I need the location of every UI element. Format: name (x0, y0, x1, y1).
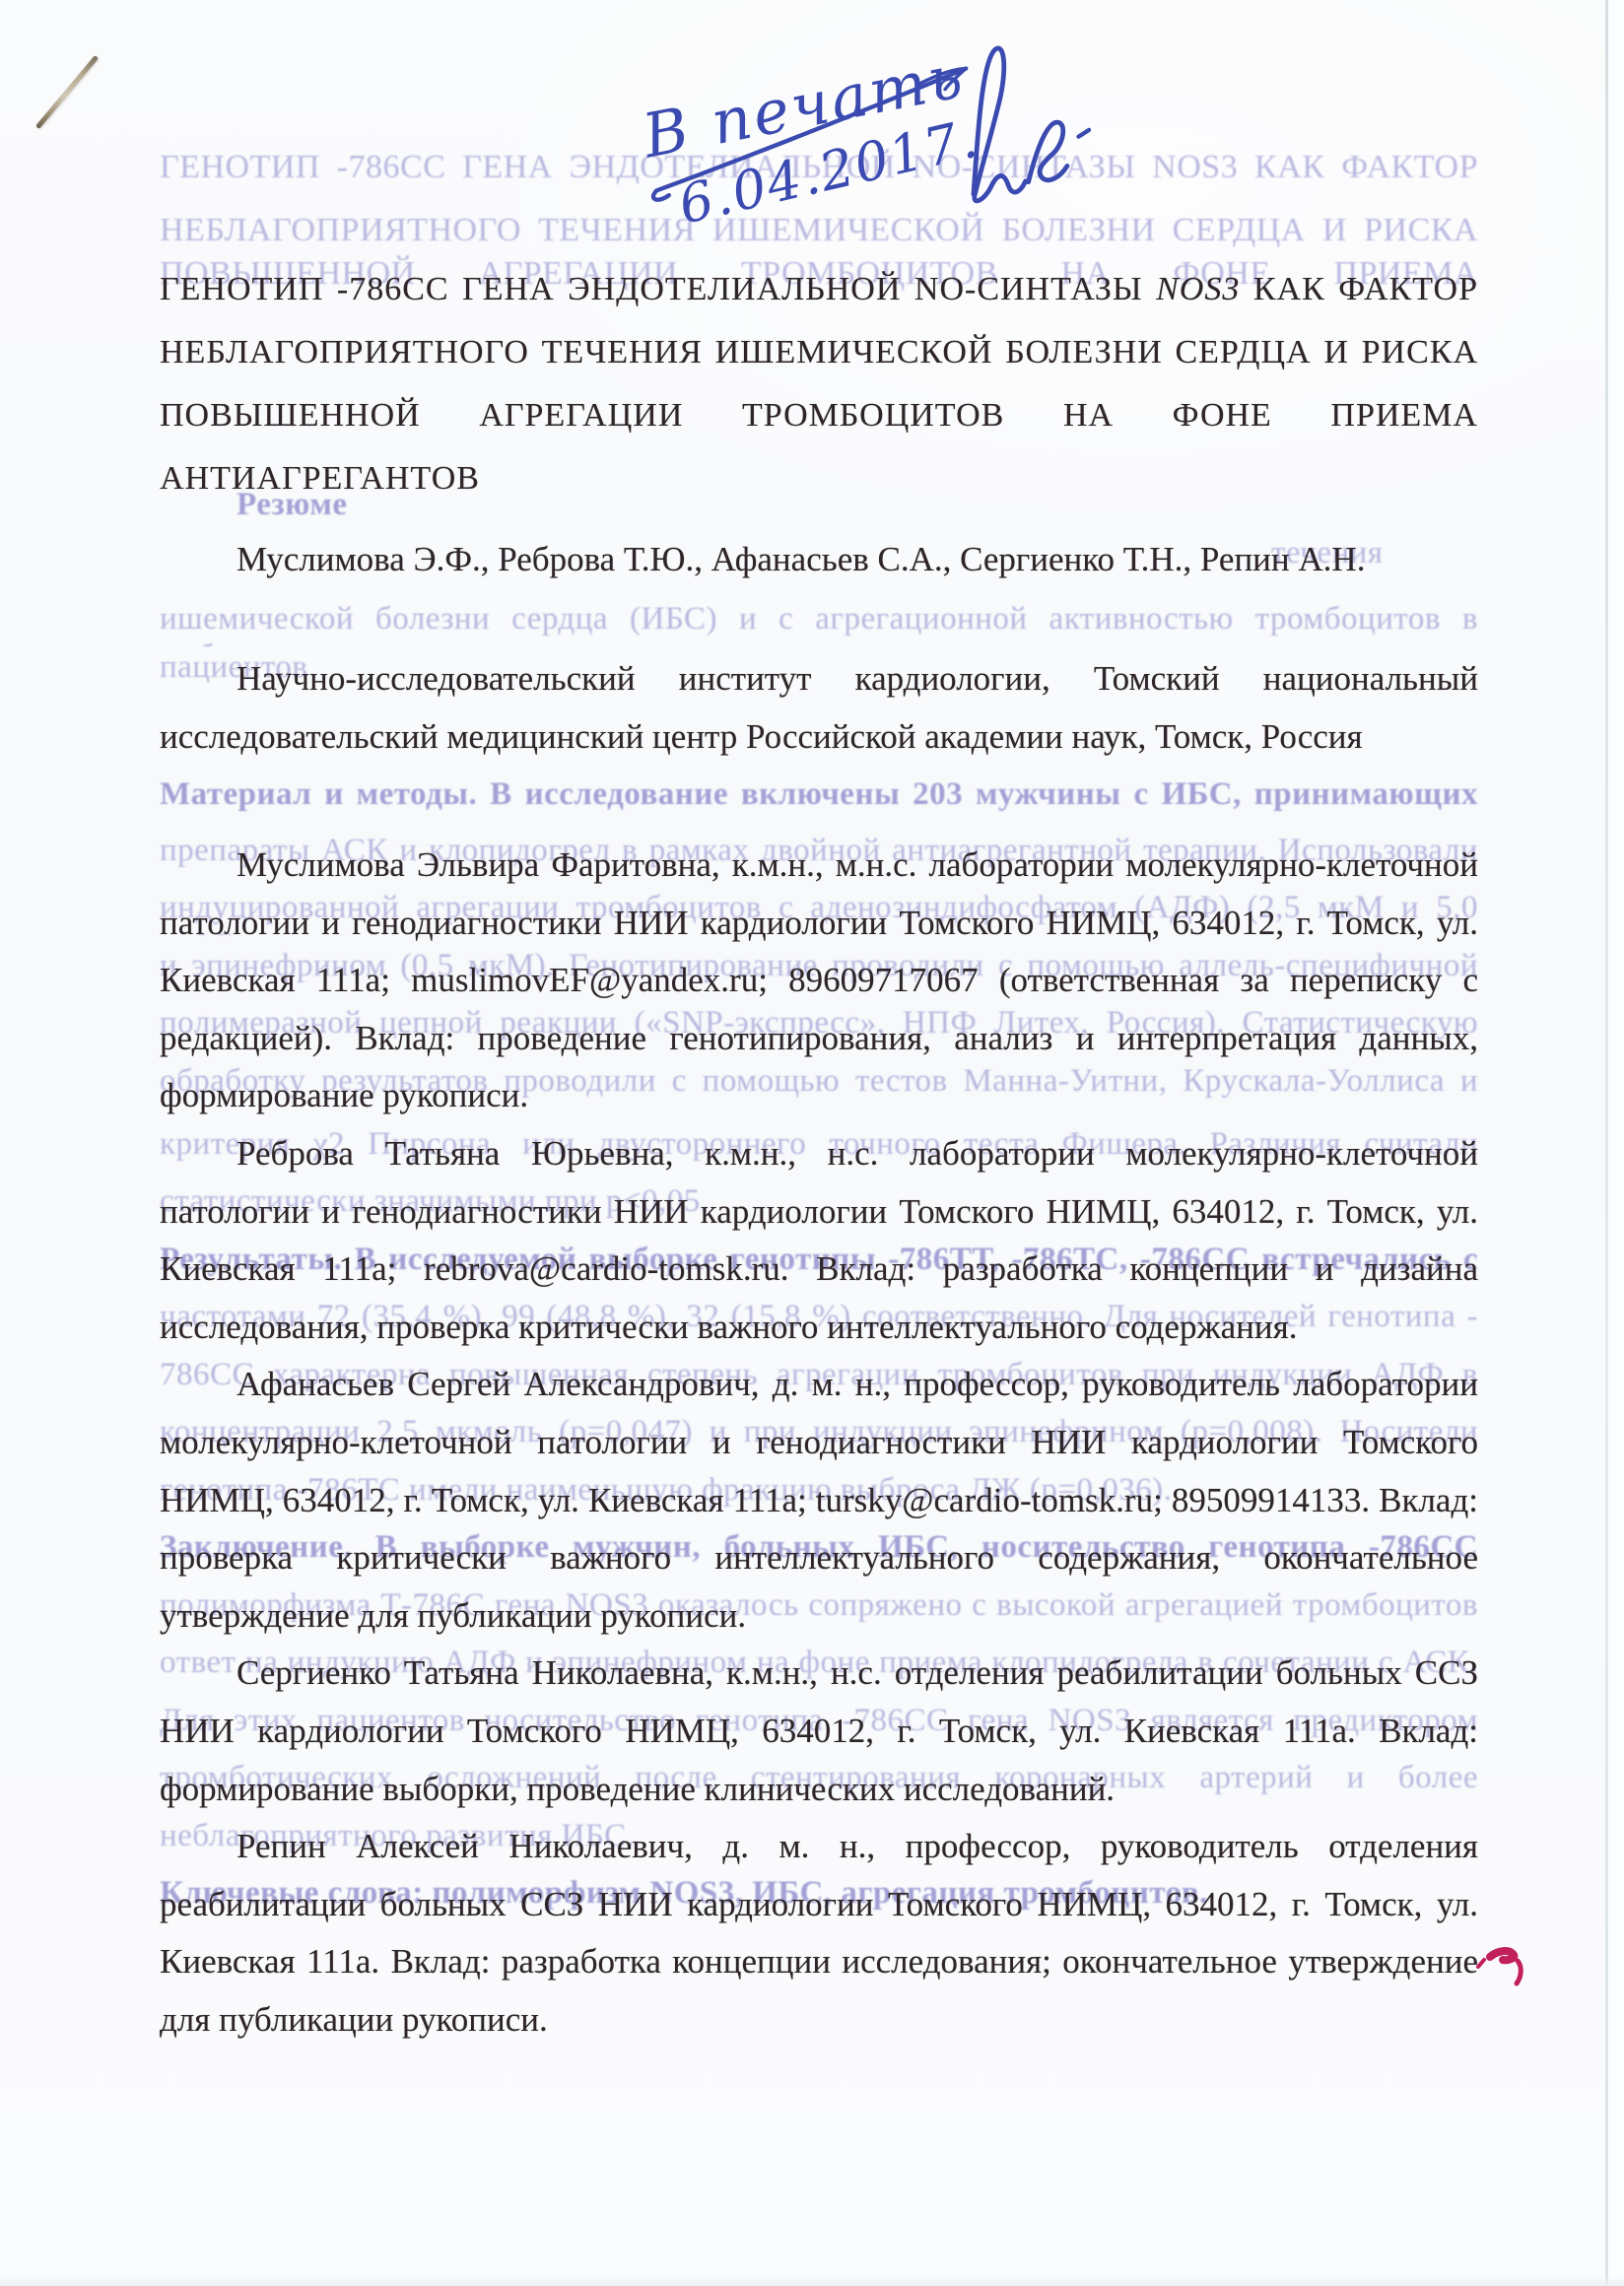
scanned-document-page: ГЕНОТИП -786СС ГЕНА ЭНДОТЕЛИАЛЬНОЙ NO-СИ… (0, 0, 1624, 2286)
gene-symbol: NOS3 (1156, 271, 1240, 307)
signature-stroke (974, 48, 1026, 201)
signature-dot-stroke (1078, 130, 1089, 137)
title-text: КАК ФАКТОР (1240, 271, 1478, 307)
red-ink-mark (1466, 1939, 1535, 1988)
document-title: ГЕНОТИП -786СС ГЕНА ЭНДОТЕЛИАЛЬНОЙ NO-СИ… (160, 258, 1478, 510)
contributor-paragraph: Репин Алексей Николаевич, д. м. н., проф… (160, 1818, 1478, 2049)
printed-text-layer: ГЕНОТИП -786СС ГЕНА ЭНДОТЕЛИАЛЬНОЙ NO-СИ… (0, 0, 1624, 2286)
title-line-1: ГЕНОТИП -786СС ГЕНА ЭНДОТЕЛИАЛЬНОЙ NO-СИ… (160, 258, 1478, 321)
title-line-4: АНТИАГРЕГАНТОВ (160, 447, 1478, 510)
contributor-paragraph: Реброва Татьяна Юрьевна, к.м.н., н.с. ла… (160, 1125, 1478, 1356)
title-text: ГЕНОТИП -786СС ГЕНА ЭНДОТЕЛИАЛЬНОЙ NO-СИ… (160, 271, 1156, 307)
title-line-3: ПОВЫШЕННОЙ АГРЕГАЦИИ ТРОМБОЦИТОВ НА ФОНЕ… (160, 384, 1478, 447)
handwritten-approval-note: В печать 6.04.2017. (552, 10, 1202, 246)
title-line-2: НЕБЛАГОПРИЯТНОГО ТЕЧЕНИЯ ИШЕМИЧЕСКОЙ БОЛ… (160, 321, 1478, 384)
affiliation: Научно-исследовательский институт кардио… (160, 650, 1478, 766)
contributor-paragraph: Муслимова Эльвира Фаритовна, к.м.н., м.н… (160, 837, 1478, 1125)
authors-line: Муслимова Э.Ф., Реброва Т.Ю., Афанасьев … (160, 540, 1478, 579)
contributor-paragraph: Сергиенко Татьяна Николаевна, к.м.н., н.… (160, 1645, 1478, 1818)
contributors-block: Муслимова Эльвира Фаритовна, к.м.н., м.н… (160, 837, 1478, 2049)
contributor-paragraph: Афанасьев Сергей Александрович, д. м. н.… (160, 1356, 1478, 1645)
signature-stroke (1029, 122, 1067, 182)
